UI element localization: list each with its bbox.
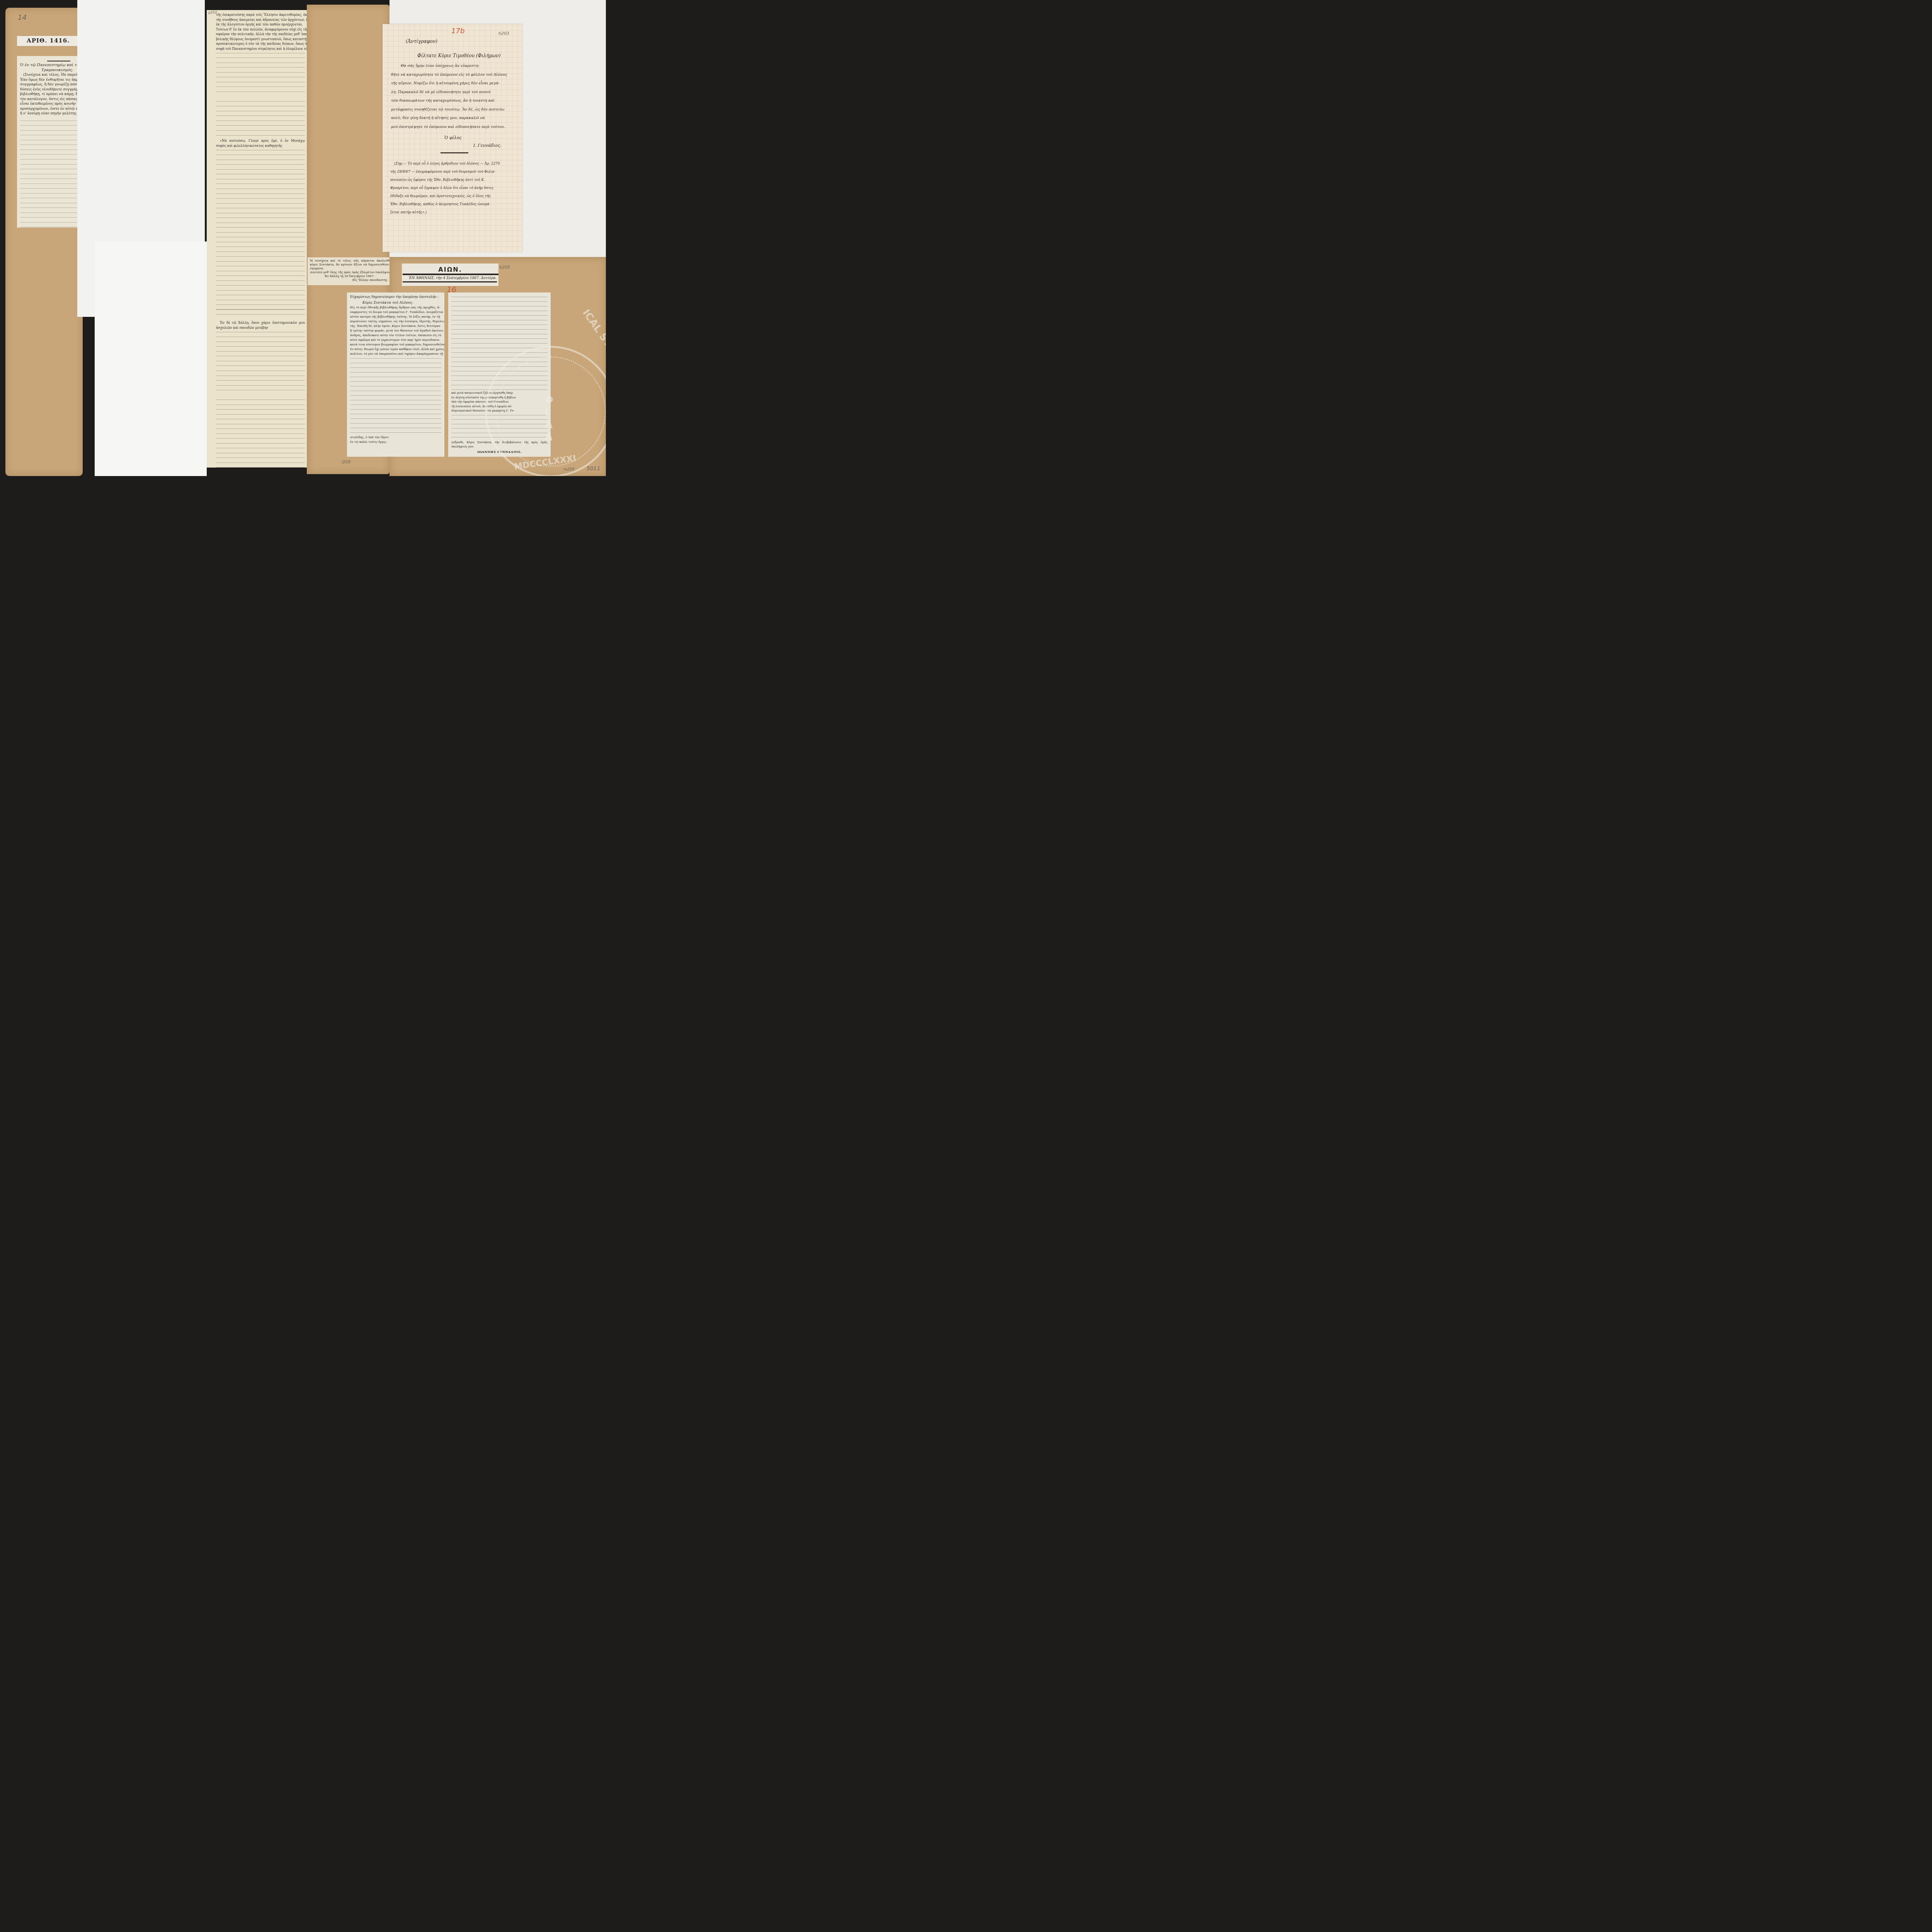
place-date: Ἐν Χάλλῃ τῇ 16 Ὀκτωβρίου 1867.	[310, 274, 394, 278]
text-line: προσερχομένων, ὥστε ἐν αὐτῷ νὰ συμπ	[20, 107, 83, 112]
pencil-code: k205	[500, 265, 510, 270]
letter-line: μοῦ ἐπιστρέψητε τὸ ἐπόμενον καὶ εἰδοποιή…	[391, 123, 519, 132]
paragraph-start: «Νὰ πιστεύσω, Γλαγὲ πρὸς ἐμέ, ὁ ἐν Μονάχ…	[216, 138, 305, 148]
note-line: (Σημ.— Τὸ περὶ οὗ ὁ λόγος ἀρθρίδιον τοῦ …	[390, 160, 520, 168]
letter-line: τῶν δικαιωμάτων τῆς καταχωρίσεως, ἂν ἡ τ…	[391, 97, 519, 105]
closing-text: Διατελῶ μεθ' ὅλης τῆς πρὸς ὑμᾶς ἐξαιρέτο…	[310, 270, 394, 274]
text-line: Εἰς τὸ περὶ ἐθνικῆς βιβλιοθήκης ἄρθρον σ…	[350, 305, 441, 310]
text-line: περιπτώσει ταύτῃ, σημαίνει, ὡς τὴν ἐννόη…	[350, 319, 441, 324]
intro-line: Εὐχαρίστως δημοσιεύομεν τὴν ἑπομένην ἐπι…	[350, 295, 441, 300]
stamp-letter: Ι	[545, 407, 549, 418]
catalog-number: 5011	[587, 466, 600, 472]
note-line: πουλαίου ὡς ἐφόρου τῆς Ἐθν. Βιβλιοθήκης …	[390, 176, 520, 184]
text-line: εἶναι ἐκτεθειμένος πρὸς κοινὴν χρῆσιν	[20, 102, 83, 107]
handwritten-letter: 17b h203 (Ἀντίγραφον) Φίλτατε Κύριε Τιμο…	[383, 24, 522, 252]
salutation: Κύριε Συντάκτα τοῦ Αἰῶνος.	[350, 301, 441, 306]
gennadios-letter-col1: Εὐχαρίστως δημοσιεύομεν τὴν ἑπομένην ἐπι…	[347, 293, 444, 457]
text-line: βιβλιοθήκῃ, τί πρέπει νὰ κάμῃ; Βεβαί	[20, 92, 83, 97]
letter-line: Θὰ σᾶς ἤμην λίαν ὑπόχρεως ἂν εὐαρεστη-	[391, 62, 519, 71]
letter-line: θῆτε νὰ καταχωρίσητε τὸ ἐπόμενον εἰς τὸ …	[391, 71, 519, 80]
text-line: ἢ ν' ἀνεύρῃ νέαν πηγὴν μελέτης.	[20, 111, 83, 116]
text-line: σοφὴ τοῦ Πανεπιστημίου σύγκλητος καὶ ἡ ὁ…	[216, 46, 305, 51]
body-text	[350, 356, 441, 435]
text-line: στολίδης, ὁ ὑπὸ τὸν ἱδρυτ	[350, 435, 441, 440]
text-line: δόσεις ἑνὸς οἱουδήποτε συγγράμματος	[20, 87, 83, 92]
signature: Εἷς Ἕλλην σπουδαστής.	[310, 278, 394, 282]
text-line: ἐκ τῆς ἀλογίστου ὀργῆς καὶ τῶν παθῶν προ…	[216, 22, 305, 27]
article-clipping: Ὁ ἐν τῷ Πανεπιστημίῳ καὶ τῇ Τραμπουκισμό…	[17, 56, 83, 228]
article-intro: (Συνέχεια καὶ τέλος, ἴδε παρελθό	[20, 73, 83, 78]
text-line: συγγραφέως, ἢ δὲν γνωρίζῃ πόσαι καὶ	[20, 82, 83, 87]
text-line: πολίτου, τὸ μὲν νὰ ὑπερασπίσω καὶ τηρήσω…	[350, 352, 441, 356]
text-line: τῆς συνήθους ἀπειρείας καὶ ἀδρανείας τῶν…	[216, 17, 305, 22]
continuation-clipping: Ἡ συνέχεια καὶ τὸ τέλος σᾶς πέμπεται ἀκο…	[308, 257, 396, 285]
left-board: 14 b201 ΑΡΙΘ. 1416. Ὁ ἐν τῷ Πανεπιστημίῳ…	[5, 8, 83, 476]
text-line: Ἐὰν ὅμως δὲν ἐνθυμῆται τις ἀκρι	[20, 78, 83, 83]
text-line: βολικῆς θλίψεως ὀνομαστὶ γνωστοποιῶ, ὅπω…	[216, 37, 305, 42]
body-text	[216, 51, 305, 136]
letter-note: (Σημ.— Τὸ περὶ οὗ ὁ λόγος ἀρθρίδιον τοῦ …	[390, 160, 520, 217]
text-line: τῆς ἐπικρατούσης παρὰ τοῖς Ἕλλησιν ἀκριτ…	[216, 12, 305, 17]
text-line: αὐτὸ σφάλμα καὶ τὸ γηραιότερον τῶν παρ' …	[350, 338, 441, 342]
note-line: Ἐθν. Βιβλιοθήκης, καθὼς ὁ ἀείμνηστος Τυπ…	[390, 201, 520, 209]
text-line: κατά τινα σύντομον βιογραφίαν τοῦ μακαρί…	[350, 342, 441, 347]
middle-long-clipping: g202 τῆς ἐπικρατούσης παρὰ τοῖς Ἕλλησιν …	[207, 10, 308, 468]
paragraph-start: Ἐν δὲ τῷ Χάλλῃ, ὅπου χάριν ἐπιστημονικῶν…	[216, 320, 305, 330]
pencil-code: g202	[208, 11, 217, 15]
aion-masthead-clipping: ΑΙΩΝ. ἘΝ ἈΘΗΝΑΙΣ, τὴν 4 Σεπτεμβρίου 1867…	[402, 264, 498, 286]
text-line: τής. Ἐπειδὴ δέ, πλὴν ὑμῶν, Κύριε Συντάκτ…	[350, 324, 441, 328]
body-text	[216, 148, 305, 318]
note-line: Φρεαρίτου, περὶ οὗ ἔγραψεν ὁ Αἰὼν ὅτι εἶ…	[390, 184, 520, 192]
stamp-letter: Α	[545, 432, 553, 443]
body-text	[216, 330, 305, 468]
letter-heading: (Ἀντίγραφον)	[406, 39, 437, 44]
letter-line: πολύ, δὲν γίνῃ δεκτὴ ἡ αἴτησίς μου, παρα…	[391, 114, 519, 123]
note-line: τῆς 28/8/67 — ἐπιγραφόμενον περὶ τοῦ διο…	[390, 168, 520, 176]
pencil-code: l205	[342, 459, 351, 464]
letter-line: λη. Παρακαλῶ δὲ νὰ μὲ εἰδοποιήσητε περὶ …	[391, 88, 519, 97]
wavy-divider	[440, 152, 468, 153]
letter-line: μετάφρασις συνηθίζεται τῷ τοιούτῳ. Ἂν δέ…	[391, 105, 519, 114]
issue-header-clipping: ΑΡΙΘ. 1416.	[17, 36, 83, 46]
text-line: τὸν κατάλογον, ὅστις εἰς πάσας τὰς	[20, 97, 83, 102]
masthead-rule	[403, 281, 497, 282]
note-line: ἐδίδαξε νὰ θεωρῶμεν, καὶ ἀριστοτεχνικῶς,…	[390, 192, 520, 201]
stamp-center: Φ Ι Λ Α	[545, 394, 553, 444]
continuation-text: Ἡ συνέχεια καὶ τὸ τέλος σᾶς πέμπεται ἀκο…	[310, 259, 394, 270]
note-line: ζεται πατὴρ αὐτῆς».)	[390, 209, 520, 217]
newspaper-title: ΑΙΩΝ.	[402, 264, 498, 273]
letter-body: Θὰ σᾶς ἤμην λίαν ὑπόχρεως ἂν εὐαρεστη- θ…	[391, 62, 519, 131]
blank-sheet-front	[95, 241, 207, 476]
text-line: ἐν αὐτῷ, θεωρῶ ὄχι μόνον ἱερὸν καθῆκον υ…	[350, 347, 441, 352]
letter-salutation: Φίλτατε Κύριε Τιμοθέου (Φιλήμων)	[417, 53, 500, 58]
pencil-number: 14	[18, 14, 27, 22]
dateline: ἘΝ ἈΘΗΝΑΙΣ, τὴν 4 Σεπτεμβρίου 1867. Δευτ…	[402, 275, 498, 280]
divider	[47, 61, 70, 61]
article-title: Ὁ ἐν τῷ Πανεπιστημίῳ καὶ τῇ	[20, 63, 83, 68]
text-line: ἀνδρός, ἀπεδώκατε αὐτῷ τὸν τίτλον τοῦτον…	[350, 333, 441, 338]
letter-line: τῆς αὔριον. Νομίζω ὅτι ἡ αἰτουμένη χάρις…	[391, 79, 519, 88]
issue-number: ΑΡΙΘ. 1416.	[17, 36, 83, 44]
pencil-code: h203	[498, 31, 509, 36]
article-body-text	[20, 119, 83, 228]
text-line: ναφέροντες τὸ ὄνομα τοῦ μακαρίτου Γ. Τυπ…	[350, 310, 441, 315]
letter-signature: Ι. Γεννάδιος.	[473, 143, 502, 148]
stamp-letter: Φ	[545, 395, 553, 406]
text-line: προσεκτικώτερος ὁ νῦν τὰ τῆς παιδείας δι…	[216, 41, 305, 46]
text-line: Τούτων δ' ἓν ἐκ τῶν πολλῶν, ἀναφερόμενον…	[216, 27, 305, 32]
text-line: ἐν τῷ καλῷ τούτῳ ἔργῳ,	[350, 440, 441, 444]
red-folio: 17b	[451, 27, 464, 35]
stamp-letter: Λ	[545, 419, 553, 431]
text-line: σφαῖραν τὴν πολιτικήν, ἀλλὰ τὴν τῆς παιδ…	[216, 32, 305, 37]
text-line: αὐτὸν πατέρα τῆς βιβλιοθήκης ταύτης. Ἡ λ…	[350, 315, 441, 319]
text-line: ἢ τρίτην ταύτην φοράν, μετὰ τὸν θάνατον …	[350, 328, 441, 333]
article-subtitle: Τραμπουκισμός.	[20, 68, 83, 73]
letter-closing: Ὁ φίλος	[444, 135, 462, 140]
